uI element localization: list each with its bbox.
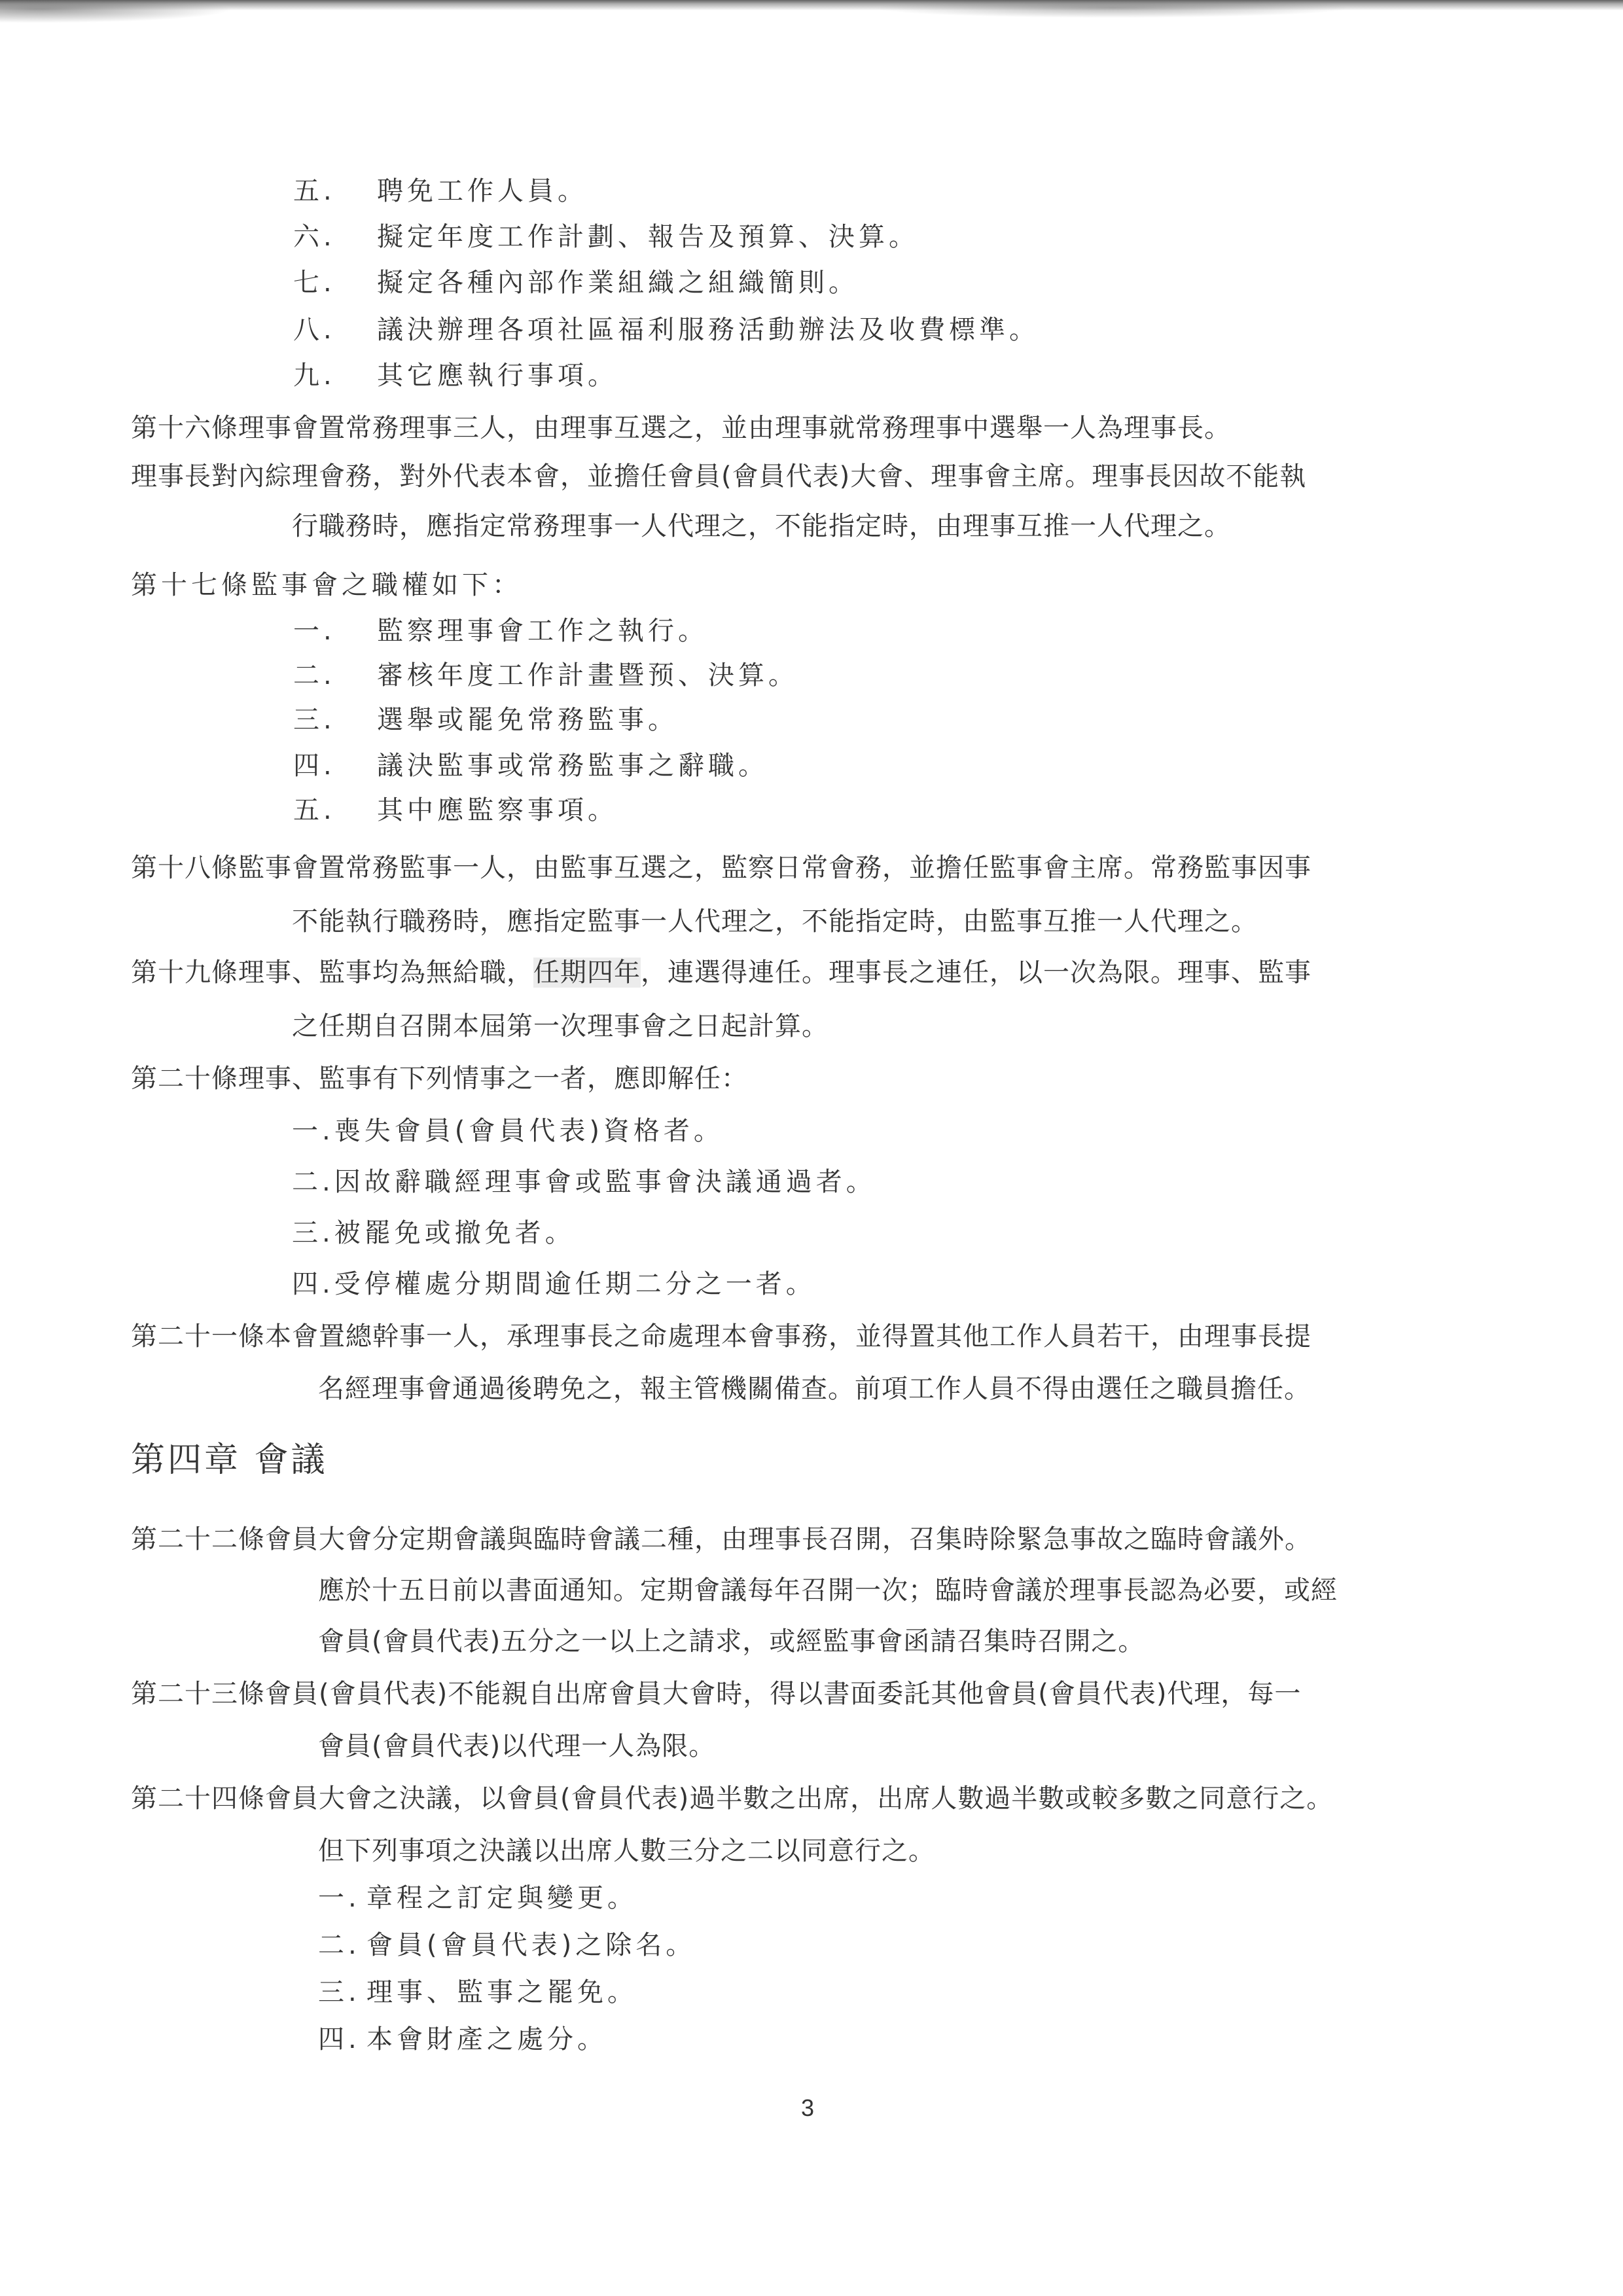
list-item-number: 五. bbox=[293, 792, 377, 829]
list-item-number: 四. bbox=[293, 747, 377, 784]
list-item: 二.因故辭職經理事會或監事會決議通過者。 bbox=[292, 1164, 876, 1200]
list-item: 九.其它應執行事項。 bbox=[293, 357, 618, 394]
list-item-text: 受停權處分期間逾任期二分之一者。 bbox=[334, 1269, 816, 1299]
list-item: 四.受停權處分期間逾任期二分之一者。 bbox=[292, 1266, 816, 1302]
list-item-number: 五. bbox=[293, 173, 377, 209]
list-item-number: 一. bbox=[293, 613, 377, 649]
list-item: 一.監察理事會工作之執行。 bbox=[293, 613, 708, 649]
article-24-line-1: 第二十四條會員大會之決議，以會員(會員代表)過半數之出席，出席人數過半數或較多數… bbox=[131, 1780, 1333, 1817]
list-item-number: 一. bbox=[318, 1880, 366, 1916]
list-item-number: 一. bbox=[292, 1113, 334, 1149]
list-item: 六.擬定年度工作計劃、報告及預算、決算。 bbox=[293, 219, 919, 255]
list-item-text: 因故辭職經理事會或監事會決議通過者。 bbox=[334, 1167, 876, 1197]
article-19-text-before: 第十九條理事、監事均為無給職， bbox=[131, 958, 533, 988]
article-19-text-after: ，連選得連任。理事長之連任，以一次為限。理事、監事 bbox=[641, 958, 1311, 988]
list-item-text: 選舉或罷免常務監事。 bbox=[377, 705, 678, 735]
list-item: 三.選舉或罷免常務監事。 bbox=[293, 702, 678, 738]
list-item: 二.審核年度工作計畫暨预、決算。 bbox=[293, 657, 798, 694]
article-16-line-3: 行職務時，應指定常務理事一人代理之，不能指定時，由理事互推一人代理之。 bbox=[292, 508, 1231, 545]
list-item-text: 擬定年度工作計劃、報告及預算、決算。 bbox=[377, 222, 919, 252]
article-22-line-3: 會員(會員代表)五分之一以上之請求，或經監事會函請召集時召開之。 bbox=[318, 1623, 1145, 1660]
list-item: 一.喪失會員(會員代表)資格者。 bbox=[292, 1113, 724, 1149]
list-item-text: 章程之訂定與變更。 bbox=[366, 1883, 637, 1913]
article-19-line-1: 第十九條理事、監事均為無給職，任期四年，連選得連任。理事長之連任，以一次為限。理… bbox=[131, 954, 1311, 991]
article-22-line-2: 應於十五日前以書面通知。定期會議每年召開一次；臨時會議於理事長認為必要，或經 bbox=[318, 1572, 1338, 1609]
list-item-number: 四. bbox=[318, 2021, 366, 2058]
list-item: 四.本會財產之處分。 bbox=[318, 2021, 607, 2058]
list-item-text: 監察理事會工作之執行。 bbox=[377, 616, 708, 646]
article-23-line-2: 會員(會員代表)以代理一人為限。 bbox=[318, 1728, 715, 1765]
article-18-line-2: 不能執行職務時，應指定監事一人代理之，不能指定時，由監事互推一人代理之。 bbox=[292, 903, 1258, 940]
list-item-number: 八. bbox=[293, 312, 377, 348]
article-17-heading: 第十七條監事會之職權如下： bbox=[131, 567, 522, 603]
list-item-text: 會員(會員代表)之除名。 bbox=[366, 1930, 696, 1960]
article-16-line-2: 理事長對內綜理會務，對外代表本會，並擔任會員(會員代表)大會、理事會主席。理事長… bbox=[131, 458, 1306, 495]
article-19-line-2: 之任期自召開本屆第一次理事會之日起計算。 bbox=[292, 1008, 829, 1045]
list-item-number: 三. bbox=[293, 702, 377, 738]
list-item-number: 三. bbox=[318, 1974, 366, 2011]
article-23-line-1: 第二十三條會員(會員代表)不能親自出席會員大會時，得以書面委託其他會員(會員代表… bbox=[131, 1676, 1301, 1712]
list-item-text: 理事、監事之罷免。 bbox=[366, 1977, 637, 2007]
term-highlight: 任期四年 bbox=[533, 958, 641, 988]
list-item-number: 四. bbox=[292, 1266, 334, 1302]
list-item: 七.擬定各種內部作業組織之組織簡則。 bbox=[293, 264, 859, 301]
list-item: 二.會員(會員代表)之除名。 bbox=[318, 1927, 696, 1964]
list-item: 八.議決辦理各項社區福利服務活動辦法及收費標準。 bbox=[293, 312, 1039, 348]
list-item: 三.理事、監事之罷免。 bbox=[318, 1974, 637, 2011]
page-number: 3 bbox=[801, 2094, 814, 2122]
list-item-number: 六. bbox=[293, 219, 377, 255]
list-item: 四.議決監事或常務監事之辭職。 bbox=[293, 747, 768, 784]
list-item: 三.被罷免或撤免者。 bbox=[292, 1215, 575, 1251]
list-item-text: 議決監事或常務監事之辭職。 bbox=[377, 751, 768, 781]
list-item: 一.章程之訂定與變更。 bbox=[318, 1880, 637, 1916]
list-item-text: 擬定各種內部作業組織之組織簡則。 bbox=[377, 268, 859, 298]
article-21-line-1: 第二十一條本會置總幹事一人，承理事長之命處理本會事務，並得置其他工作人員若干，由… bbox=[131, 1318, 1311, 1355]
article-18-line-1: 第十八條監事會置常務監事一人，由監事互選之，監察日常會務，並擔任監事會主席。常務… bbox=[131, 850, 1311, 886]
list-item-text: 議決辦理各項社區福利服務活動辦法及收費標準。 bbox=[377, 315, 1039, 345]
list-item-text: 聘免工作人員。 bbox=[377, 176, 588, 206]
list-item-text: 本會財產之處分。 bbox=[366, 2024, 607, 2054]
list-item-number: 二. bbox=[318, 1927, 366, 1964]
article-21-line-2: 名經理事會通過後聘免之，報主管機關備查。前項工作人員不得由選任之職員擔任。 bbox=[318, 1371, 1311, 1407]
list-item-number: 二. bbox=[293, 657, 377, 694]
list-item-text: 其中應監察事項。 bbox=[377, 795, 618, 825]
article-22-line-1: 第二十二條會員大會分定期會議與臨時會議二種，由理事長召開，召集時除緊急事故之臨時… bbox=[131, 1521, 1311, 1558]
article-20-heading: 第二十條理事、監事有下列情事之一者，應即解任： bbox=[131, 1060, 748, 1097]
list-item-text: 其它應執行事項。 bbox=[377, 361, 618, 391]
chapter-heading: 第四章 會議 bbox=[131, 1437, 328, 1483]
list-item-number: 七. bbox=[293, 264, 377, 301]
list-item-number: 三. bbox=[292, 1215, 334, 1251]
list-item: 五.聘免工作人員。 bbox=[293, 173, 588, 209]
article-16-line-1: 第十六條理事會置常務理事三人，由理事互選之，並由理事就常務理事中選舉一人為理事長… bbox=[131, 410, 1231, 446]
article-24-line-2: 但下列事項之決議以出席人數三分之二以同意行之。 bbox=[318, 1833, 935, 1869]
list-item-text: 被罷免或撤免者。 bbox=[334, 1218, 575, 1248]
list-item-number: 二. bbox=[292, 1164, 334, 1200]
list-item-text: 喪失會員(會員代表)資格者。 bbox=[334, 1116, 724, 1146]
list-item-text: 審核年度工作計畫暨预、決算。 bbox=[377, 660, 798, 691]
list-item: 五.其中應監察事項。 bbox=[293, 792, 618, 829]
scanner-shadow-edge bbox=[0, 0, 1623, 26]
list-item-number: 九. bbox=[293, 357, 377, 394]
